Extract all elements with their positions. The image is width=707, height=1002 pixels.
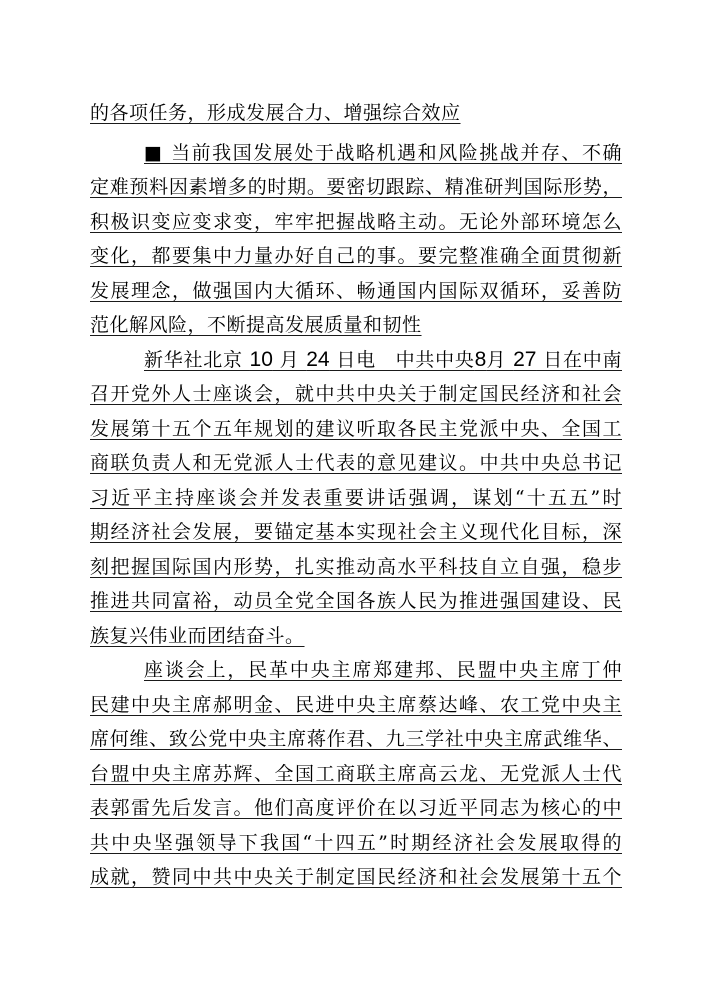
text-line: 族复兴伟业而团结奋斗。 (90, 619, 622, 654)
text-line: 商联负责人和无党派人士代表的意见建议。中共中央总书记 (90, 446, 622, 481)
paragraph-highlight-bullet: ■ 当前我国发展处于战略机遇和风险挑战并存、不确 定难预料因素增多的时期。要密切… (90, 136, 622, 343)
text-line: 发展理念，做强国内大循环、畅通国内国际双循环，妥善防 (90, 274, 622, 309)
document-page: 的各项任务，形成发展合力、增强综合效应 ■ 当前我国发展处于战略机遇和风险挑战并… (0, 0, 707, 1002)
text-line: 习近平主持座谈会并发表重要讲话强调，谋划“十五五”时 (90, 481, 622, 516)
text-line-dateline: 新华社北京 10 月 24 日电 中共中央8月 27 日在中南海 (90, 343, 622, 378)
document-body: 的各项任务，形成发展合力、增强综合效应 ■ 当前我国发展处于战略机遇和风险挑战并… (90, 96, 622, 895)
text-line: 推进共同富裕，动员全党全国各族人民为推进强国建设、民 (90, 584, 622, 619)
text-line: 刻把握国际国内形势，扎实推动高水平科技自立自强，稳步 (90, 550, 622, 585)
text-line: 民建中央主席郝明金、民进中央主席蔡达峰、农工党中央主 (90, 688, 622, 723)
text-line: 座谈会上，民革中央主席郑建邦、民盟中央主席丁仲礼、 (90, 653, 622, 688)
text-line: 范化解风险，不断提高发展质量和韧性 (90, 308, 622, 343)
text-line: 召开党外人士座谈会，就中共中央关于制定国民经济和社会 (90, 377, 622, 412)
text-line-with-bullet-square: ■ 当前我国发展处于战略机遇和风险挑战并存、不确 (90, 136, 622, 171)
text-line: 表郭雷先后发言。他们高度评价在以习近平同志为核心的中 (90, 791, 622, 826)
text-line: 变化，都要集中力量办好自己的事。要完整准确全面贯彻新 (90, 239, 622, 274)
text-line: 的各项任务，形成发展合力、增强综合效应 (90, 96, 622, 131)
paragraph-news-lead: 新华社北京 10 月 24 日电 中共中央8月 27 日在中南海 召开党外人士座… (90, 343, 622, 654)
text-line: 期经济社会发展，要锚定基本实现社会主义现代化目标，深 (90, 515, 622, 550)
paragraph-speakers: 座谈会上，民革中央主席郑建邦、民盟中央主席丁仲礼、 民建中央主席郝明金、民进中央… (90, 653, 622, 895)
text-line: 发展第十五个五年规划的建议听取各民主党派中央、全国工 (90, 412, 622, 447)
paragraph-continuation: 的各项任务，形成发展合力、增强综合效应 (90, 96, 622, 131)
text-line: 成就，赞同中共中央关于制定国民经济和社会发展第十五个 (90, 860, 622, 895)
text-line: 积极识变应变求变，牢牢把握战略主动。无论外部环境怎么 (90, 205, 622, 240)
text-line: 共中央坚强领导下我国“十四五”时期经济社会发展取得的 (90, 826, 622, 861)
text-line: 台盟中央主席苏辉、全国工商联主席高云龙、无党派人士代 (90, 757, 622, 792)
text-line: 定难预料因素增多的时期。要密切跟踪、精准研判国际形势， (90, 170, 622, 205)
text-line: 席何维、致公党中央主席蒋作君、九三学社中央主席武维华、 (90, 722, 622, 757)
